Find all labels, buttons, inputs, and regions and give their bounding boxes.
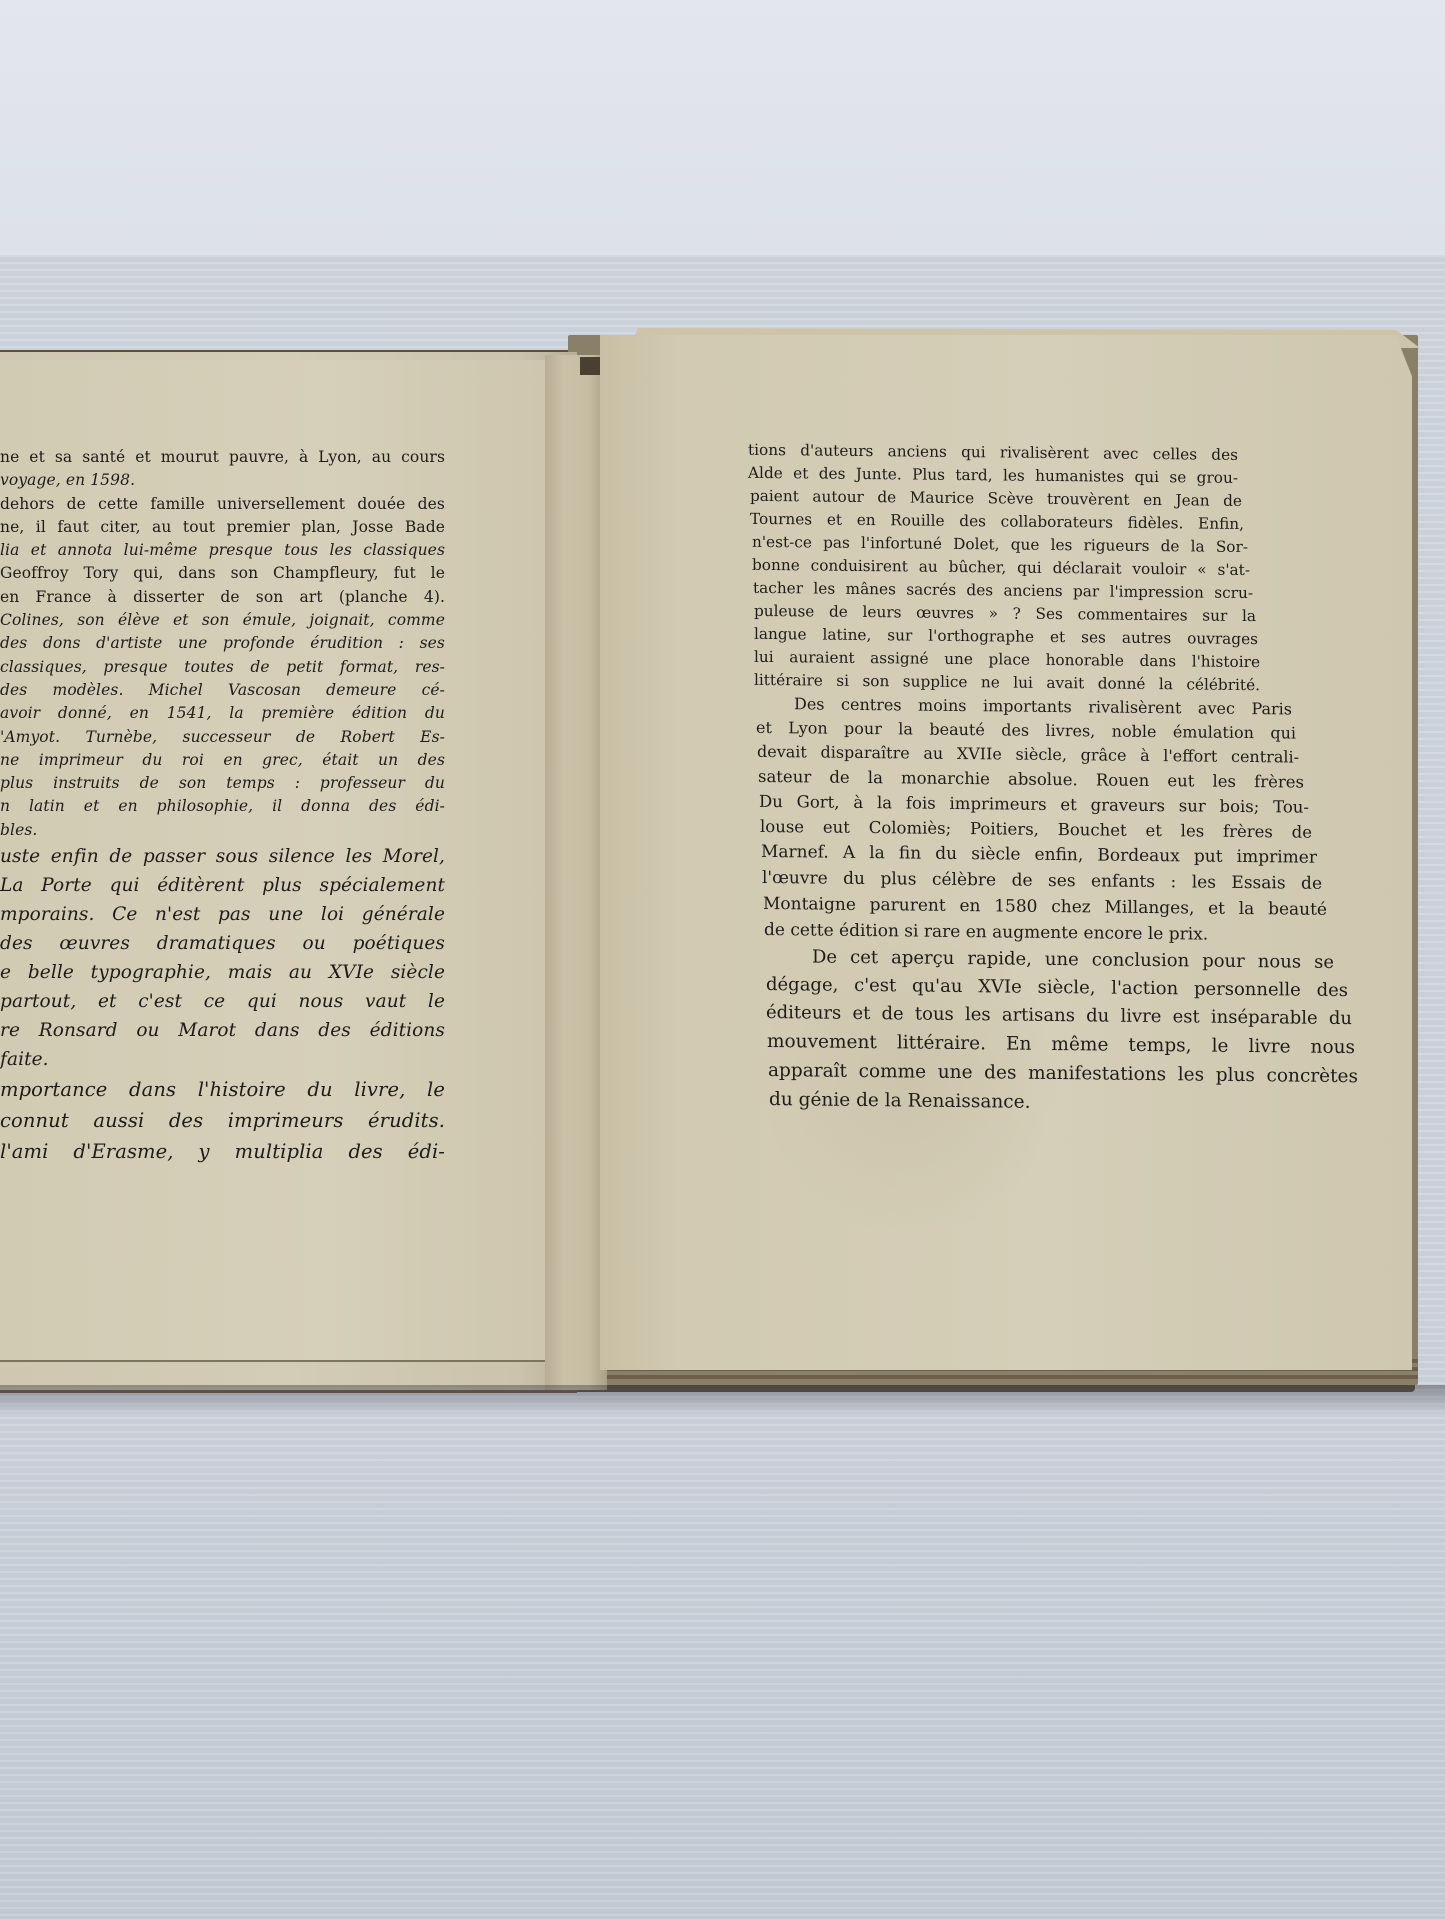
- text-line: dehors de cette famille universellement …: [0, 493, 445, 516]
- left-page-text: ne et sa santé et mourut pauvre, à Lyon,…: [0, 446, 445, 1167]
- text-line: Colines, son élève et son émule, joignai…: [0, 609, 445, 632]
- text-line: La Porte qui éditèrent plus spécialement: [0, 871, 445, 900]
- text-line: 'Amyot. Turnèbe, successeur de Robert Es…: [0, 726, 445, 749]
- text-line: bles.: [0, 819, 445, 842]
- background-wall: [0, 0, 1445, 255]
- text-line: classiques, presque toutes de petit form…: [0, 656, 445, 679]
- text-line: l'ami d'Erasme, y multiplia des édi-: [0, 1136, 445, 1167]
- text-line: plus instruits de son temps : professeur…: [0, 772, 445, 795]
- text-line: voyage, en 1598.: [0, 469, 445, 492]
- text-line: des œuvres dramatiques ou poétiques: [0, 929, 445, 958]
- right-page-text: tions d'auteurs anciens qui rivalisèrent…: [748, 439, 1360, 1120]
- text-line: mporains. Ce n'est pas une loi générale: [0, 900, 445, 929]
- text-line: e belle typographie, mais au XVIe siècle: [0, 958, 445, 987]
- text-line: ne et sa santé et mourut pauvre, à Lyon,…: [0, 446, 445, 469]
- text-line: faite.: [0, 1045, 445, 1074]
- text-line: ne imprimeur du roi en grec, était un de…: [0, 749, 445, 772]
- text-line: re Ronsard ou Marot dans des éditions: [0, 1016, 445, 1045]
- text-line: en France à disserter de son art (planch…: [0, 586, 445, 609]
- text-line: des modèles. Michel Vascosan demeure cé-: [0, 679, 445, 702]
- text-line: ne, il faut citer, au tout premier plan,…: [0, 516, 445, 539]
- book-spine: [545, 355, 607, 1390]
- text-line: connut aussi des imprimeurs érudits.: [0, 1105, 445, 1136]
- text-line: avoir donné, en 1541, la première éditio…: [0, 702, 445, 725]
- book-shadow: [0, 1385, 1445, 1415]
- text-line: mportance dans l'histoire du livre, le: [0, 1074, 445, 1105]
- text-line: des dons d'artiste une profonde éruditio…: [0, 632, 445, 655]
- text-line: uste enfin de passer sous silence les Mo…: [0, 842, 445, 871]
- text-line: partout, et c'est ce qui nous vaut le: [0, 987, 445, 1016]
- text-line: n latin et en philosophie, il donna des …: [0, 795, 445, 818]
- text-line: Geoffroy Tory qui, dans son Champfleury,…: [0, 562, 445, 585]
- text-line: lia et annota lui-même presque tous les …: [0, 539, 445, 562]
